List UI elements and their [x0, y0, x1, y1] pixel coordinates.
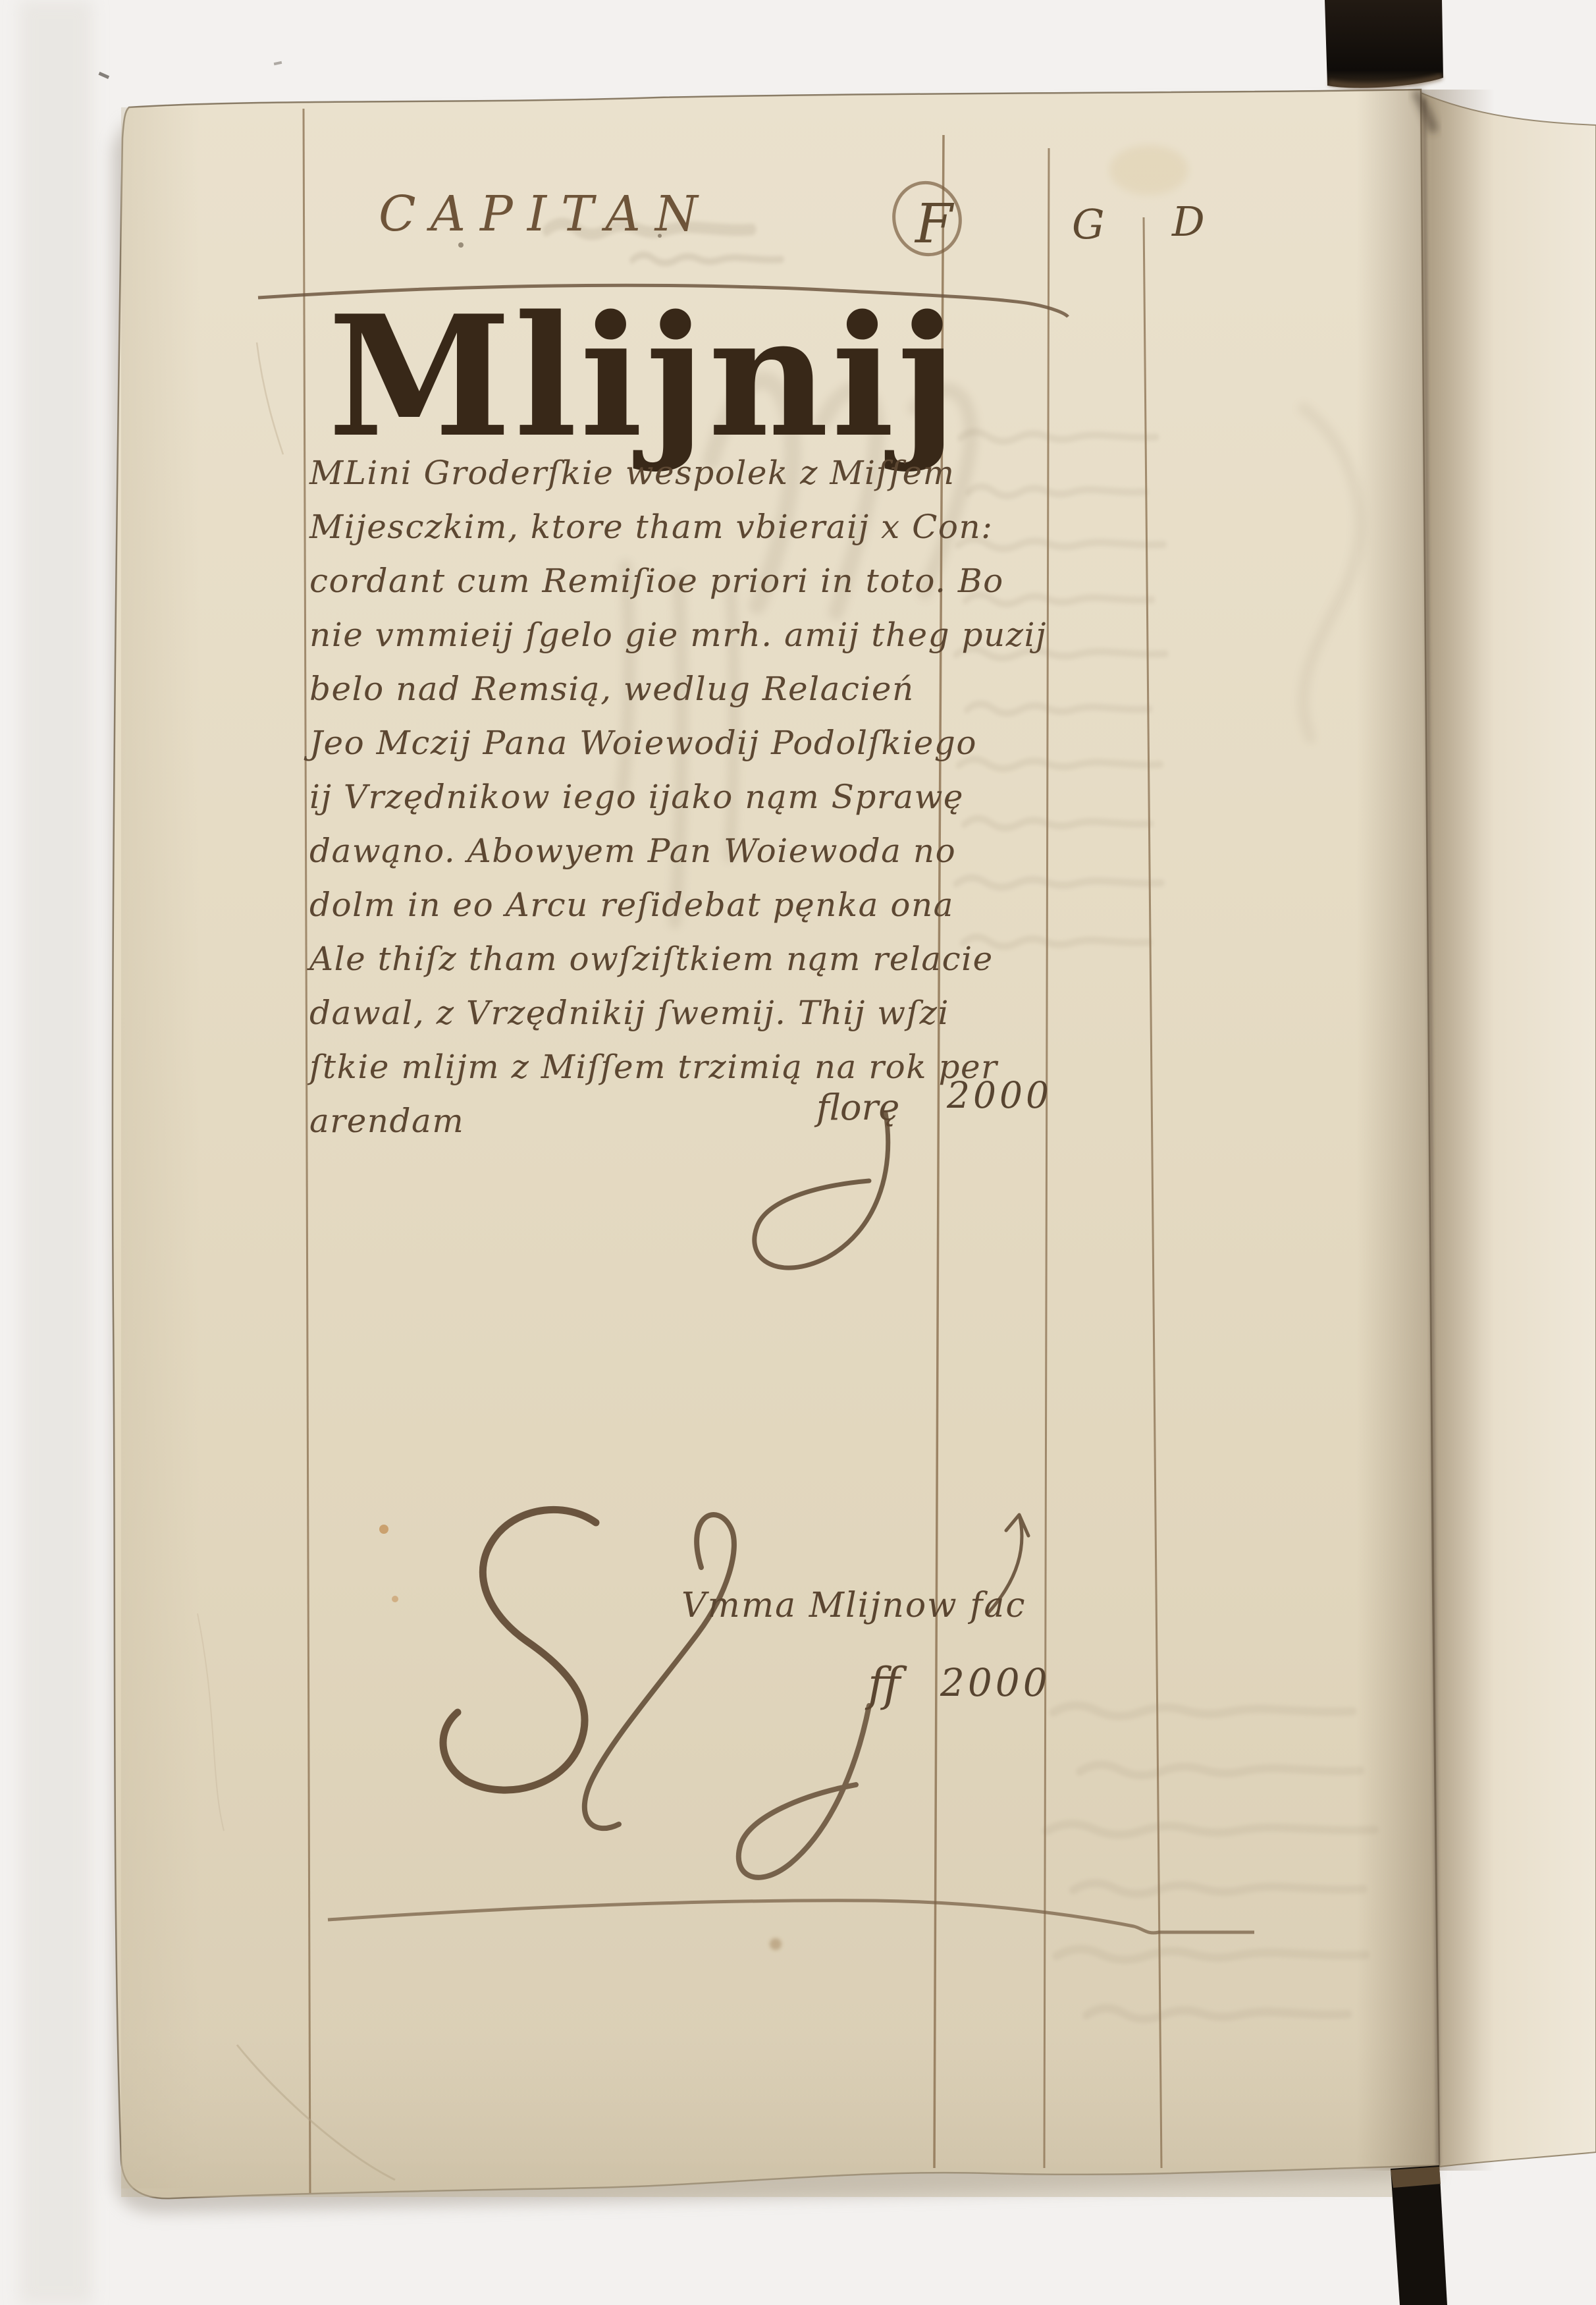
body-line-11: dawal, z Vrzędnikij ſwemij. Thij wſzi	[309, 994, 949, 1032]
stain-top-right	[1109, 145, 1188, 195]
ink-fleck	[458, 242, 464, 248]
body-line-6: Jeo Mczij Pana Woiewodij Podolſkiego	[304, 724, 977, 762]
body-line-10: Ale thiſz tham owſziſtkiem nąm relacie	[307, 940, 994, 978]
summa-amount: 2000	[940, 1660, 1051, 1705]
body-line-1: MLini Groderſkie wespolek z Miſſem	[309, 454, 955, 492]
column-letter-g: G	[1072, 200, 1105, 248]
body-line-8: dawąno. Abowyem Pan Woiewoda no	[309, 832, 956, 870]
scanned-manuscript: CAPITAN F G D Mlijnij MLini Groderſkie w…	[0, 0, 1596, 2305]
summa-line: Vmma Mlijnow fac	[681, 1586, 1026, 1625]
amount-value: 2000	[946, 1074, 1052, 1116]
page-left-edge-shading	[121, 107, 200, 2188]
scanner-left-band	[20, 0, 92, 2305]
body-line-2: Mijesczkim, ktore tham vbieraij x Con:	[309, 508, 994, 546]
chapter-heading: CAPITAN	[379, 186, 712, 242]
page-bottom-shading	[121, 2028, 1438, 2197]
rust-stain	[379, 1525, 388, 1534]
page-title: Mlijnij	[328, 279, 960, 474]
body-line-13: arendam	[309, 1102, 464, 1140]
body-line-4: nie vmmieij ſgelo gie mrh. amij theg puz…	[309, 616, 1047, 654]
body-line-3: cordant cum Remiſioe priori in toto. Bo	[309, 562, 1004, 600]
rust-stain-2	[392, 1596, 398, 1602]
body-line-9: dolm in eo Arcu reſidebat pęnka ona	[309, 886, 954, 924]
body-line-5: belo nad Remsią, wedlug Relacień	[309, 670, 915, 708]
manuscript-scan-canvas: CAPITAN F G D Mlijnij MLini Groderſkie w…	[0, 0, 1596, 2305]
body-line-12: ſtkie mlijm z Miſſem trzimią na rok per	[307, 1048, 999, 1086]
brown-spot	[770, 1938, 782, 1950]
body-line-7: ij Vrzędnikow iego ijako nąm Sprawę	[309, 778, 964, 816]
bookmark-ribbon-top	[1325, 0, 1443, 88]
column-letter-f: F	[914, 193, 955, 256]
column-letter-d: D	[1171, 198, 1205, 246]
